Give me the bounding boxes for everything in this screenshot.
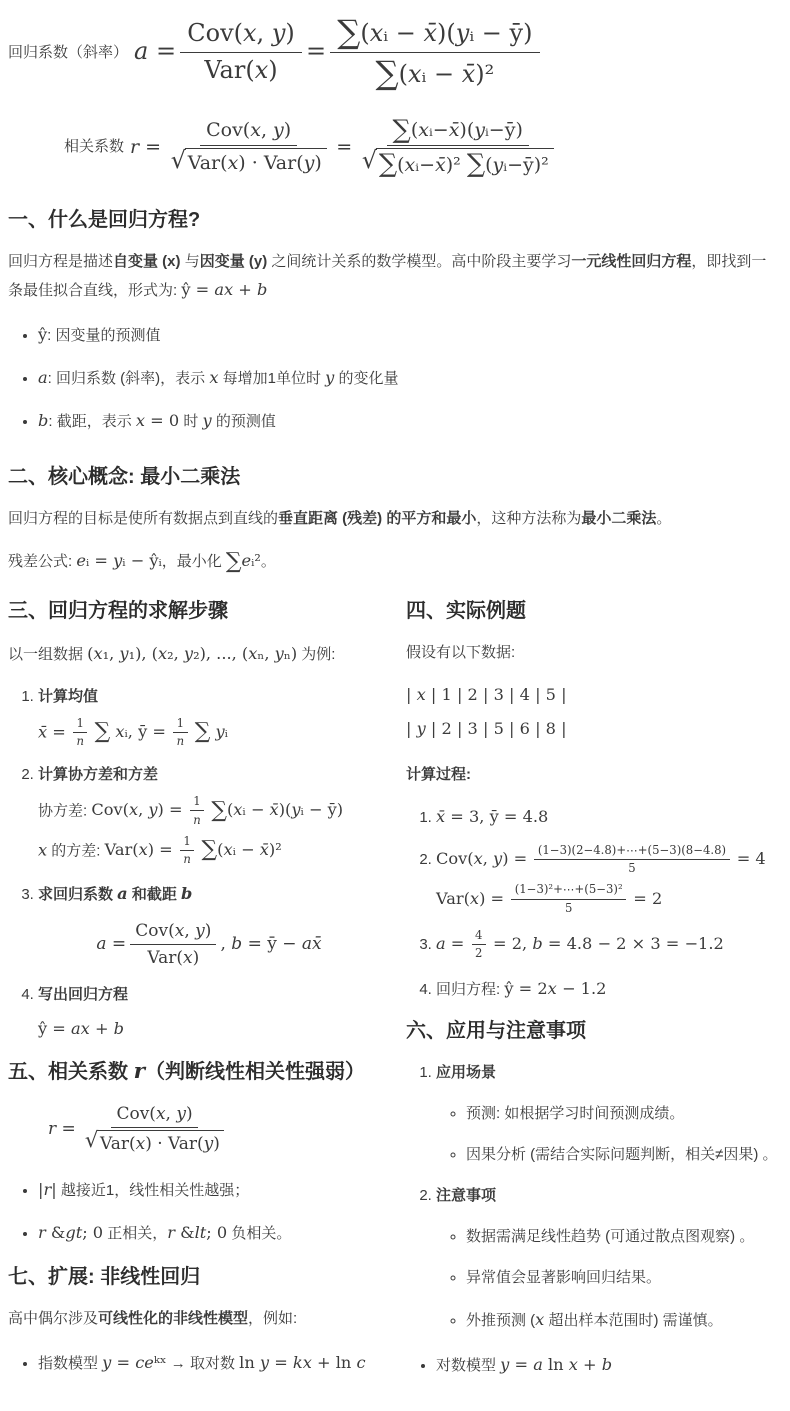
numerator: 4 [472,928,486,945]
text-run: 计算均值 [38,688,98,705]
math-text: Cov(x, y) [187,19,294,47]
math-text: Cov(x, y) [116,1104,192,1124]
fraction: 1n [190,794,204,828]
inline-math: ŷ = 2x − 1.2 [504,979,606,998]
fraction: ∑(xᵢ−x̄)(yᵢ−ȳ)√∑(xᵢ−x̄)² ∑(yᵢ−ȳ)² [356,116,559,177]
step-item: 求回归系数 a 和截距 b a = Cov(x, y)Var(x) , b = … [38,879,380,969]
section-heading: 七、扩展: 非线性回归 [8,1263,380,1291]
math-text: x [535,1310,544,1329]
bold-text: 垂直距离 (残差) 的平方和最小 [278,510,476,527]
text-run: 超出样本范围时) 需谨慎。 [544,1312,722,1329]
math-text: ∑(xᵢ − x̄)(yᵢ − ȳ) [337,19,532,47]
numerator: ∑(xᵢ − x̄)(yᵢ − ȳ) [330,14,540,53]
math-text: r &gt; 0 [38,1223,103,1242]
inline-math: a [38,368,48,387]
inline-math: r [134,1059,145,1084]
inline-math: ∑eᵢ² [226,551,261,570]
text-run: 五、相关系数 [8,1061,134,1083]
left-column: 三、回归方程的求解步骤 以一组数据 (x₁, y₁), (x₂, y₂), ..… [8,589,380,1393]
numerator: ∑(xᵢ−x̄)(yᵢ−ȳ) [387,116,529,146]
right-column: 四、实际例题 假设有以下数据: | x | 1 | 2 | 3 | 4 | 5 … [406,589,778,1395]
math-text: ∑ yᵢ [190,722,228,741]
fraction: Cov(x, y)Var(x) [180,18,302,86]
text-run: 之间统计关系的数学模型。高中阶段主要学习 [267,253,571,270]
numerator: 1 [190,794,204,811]
text-run: ，最小化 [162,553,226,570]
section-heading: 二、核心概念: 最小二乘法 [8,463,778,491]
sum-symbol: ∑ [202,837,218,862]
math-text: n [183,852,191,866]
text-run: 负相关。 [227,1225,291,1242]
math-text: ∑ xᵢ, ȳ = [89,722,171,741]
sum-symbol: ∑ [211,798,227,823]
bullet-list: 对数模型 y = a ln x + b [406,1350,778,1379]
sub-item: 因果分析 (需结合实际问题判断，相关≠因果) 。 [466,1141,778,1168]
math-text: n [193,813,201,827]
math-text: (x₁, y₁), (x₂, y₂), ..., (xₙ, yₙ) [87,644,297,663]
math-text: Var(x) = [436,889,509,908]
text-run: 为例: [297,646,335,663]
formula-label: 回归系数（斜率） [8,39,128,66]
text-run: 正相关， [103,1225,167,1242]
inline-math: b [38,411,48,430]
data-row-x: | x | 1 | 2 | 3 | 4 | 5 | [406,680,778,709]
bold-text: 自变量 (x) [113,253,181,270]
sub-item: 外推预测 (x 超出样本范围时) 需谨慎。 [466,1305,778,1334]
list-item: 对数模型 y = a ln x + b [436,1350,778,1379]
math-text: r = [130,130,161,164]
denominator: √Var(x) · Var(y) [165,146,332,176]
text-run: 求回归系数 [38,886,117,903]
math-text: x̄ = 3, ȳ = 4.8 [436,807,548,826]
step-item: x̄ = 3, ȳ = 4.8 [436,802,778,831]
math-text: y = ceᵏˣ [102,1353,166,1372]
paragraph: 回归方程是描述自变量 (x) 与因变量 (y) 之间统计关系的数学模型。高中阶段… [8,248,778,304]
math-text: ∑eᵢ² [226,551,261,570]
text-run: 与 [181,253,200,270]
math-text: Cov(x, y) = [91,800,187,819]
list-item: 指数模型 y = ceᵏˣ → 取对数 ln y = kx + ln c [38,1348,380,1377]
fraction: (1−3)(2−4.8)+⋯+(5−3)(8−4.8)5 [534,843,729,877]
list-item: r &gt; 0 正相关，r &lt; 0 负相关。 [38,1218,380,1247]
math-text: 5 [565,901,572,915]
math-line: Var(x) = (1−3)²+⋯+(5−3)²5 = 2 [436,882,778,916]
math-text: b [38,411,48,430]
math-text: Var(x) [147,948,199,968]
math-text: a = [436,934,470,953]
fraction: 1n [180,834,194,868]
square-root: √∑(xᵢ−x̄)² ∑(yᵢ−ȳ)² [362,148,554,178]
fraction: (1−3)²+⋯+(5−3)²5 [511,882,626,916]
math-text: ∑(xᵢ − x̄)² [375,60,494,88]
text-run: 应用场景 [436,1064,496,1081]
fraction: Cov(x, y)√Var(x) · Var(y) [165,118,332,175]
text-run: 时 [179,413,202,430]
text-run: ，这种方法称为 [476,510,581,527]
math-text: ∑(xᵢ−x̄)(yᵢ−ȳ) [393,119,523,141]
section-heading: 六、应用与注意事项 [406,1017,778,1045]
step-item: 回归方程: ŷ = 2x − 1.2 [436,974,778,1003]
math-text: Var(x) [204,56,277,84]
formula-label: 相关系数 [64,133,124,160]
section-what-is-regression: 一、什么是回归方程? 回归方程是描述自变量 (x) 与因变量 (y) 之间统计关… [8,206,778,436]
bullet-list: 指数模型 y = ceᵏˣ → 取对数 ln y = kx + ln c [8,1348,380,1377]
math-text: a [117,884,128,903]
text-run: 协方差: [38,802,91,819]
inline-math: y = a ln x + b [500,1355,612,1374]
text-run: 对数模型 [436,1357,500,1374]
numerator: 1 [73,716,87,733]
section-solution-steps: 三、回归方程的求解步骤 以一组数据 (x₁, y₁), (x₂, y₂), ..… [8,597,380,1043]
inline-math: (x₁, y₁), (x₂, y₂), ..., (xₙ, yₙ) [87,644,297,663]
text-run: : 截距，表示 [48,413,136,430]
section-heading: 四、实际例题 [406,597,778,625]
math-text: n [76,734,84,748]
item-title: 注意事项 [436,1187,496,1204]
math-text: = 4 [732,849,766,868]
text-run: 越接近1，线性相关性越强； [57,1182,250,1199]
text-run: 注意事项 [436,1187,496,1204]
math-text: 1 [183,834,190,848]
inline-math: r &gt; 0 [38,1223,103,1242]
inline-math: y = ceᵏˣ [102,1353,166,1372]
text-run: 以一组数据 [8,646,87,663]
sum-symbol: ∑ [195,719,211,744]
text-run: 预测: 如根据学习时间预测成绩。 [466,1105,684,1122]
display-math: r = Cov(x, y)√Var(x) · Var(y) [48,1103,231,1155]
numbered-steps: x̄ = 3, ȳ = 4.8 Cov(x, y) = (1−3)(2−4.8)… [406,802,778,1003]
list-item: ŷ: 因变量的预测值 [38,320,778,349]
inline-math: x [38,840,47,859]
text-run: 。 [656,510,671,527]
list-item: b: 截距，表示 x = 0 时 y 的预测值 [38,406,778,435]
fraction: 42 [472,928,486,962]
math-text: = 2, b = 4.8 − 2 × 3 = −1.2 [488,934,724,953]
paragraph: 以一组数据 (x₁, y₁), (x₂, y₂), ..., (xₙ, yₙ) … [8,639,380,668]
text-run: 异常值会显著影响回归结果。 [466,1269,661,1286]
paragraph: 假设有以下数据: [406,639,778,666]
formula-correlation-coefficient: 相关系数 r = Cov(x, y)√Var(x) · Var(y) = ∑(x… [64,116,778,177]
numerator: Cov(x, y) [130,920,216,945]
math-text: (1−3)²+⋯+(5−3)² [515,882,623,896]
text-run: 残差公式: [8,553,76,570]
bold-text: 一元线性回归方程 [571,253,691,270]
math-line: 协方差: Cov(x, y) = 1n ∑(xᵢ − x̄)(yᵢ − ȳ) [38,794,380,828]
text-run: ，例如: [248,1310,297,1327]
display-math: a = Cov(x, y)Var(x) = ∑(xᵢ − x̄)(yᵢ − ȳ)… [134,14,542,90]
section-heading: 五、相关系数 r（判断线性相关性强弱） [8,1057,380,1087]
section-heading: 一、什么是回归方程? [8,206,778,234]
radicand: Var(x) · Var(y) [185,148,327,176]
bullet-list: |r| 越接近1，线性相关性越强； r &gt; 0 正相关，r &lt; 0 … [8,1175,380,1247]
denominator: 2 [472,945,486,961]
denominator: n [180,851,194,867]
text-run: 和截距 [128,886,181,903]
text-run: 写出回归方程 [38,986,128,1003]
math-text: x [38,840,47,859]
two-column-layout: 三、回归方程的求解步骤 以一组数据 (x₁, y₁), (x₂, y₂), ..… [8,589,778,1395]
math-text: x̄ = [38,722,71,741]
math-text: Var(x) · Var(y) [100,1134,220,1154]
sub-list: 数据需满足线性趋势 (可通过散点图观察) 。 异常值会显著影响回归结果。 外推预… [436,1223,778,1334]
denominator: n [190,811,204,827]
inline-math: x̄ = 3, ȳ = 4.8 [436,807,548,826]
inline-math: x [535,1310,544,1329]
math-text: ŷ = ax + b [38,1019,124,1038]
sum-symbol: ∑ [337,13,360,51]
sum-symbol: ∑ [375,54,398,92]
fraction: ∑(xᵢ − x̄)(yᵢ − ȳ)∑(xᵢ − x̄)² [330,14,540,90]
denominator: √∑(xᵢ−x̄)² ∑(yᵢ−ȳ)² [356,146,559,178]
inline-math: x = 0 [136,411,179,430]
section-least-squares: 二、核心概念: 最小二乘法 回归方程的目标是使所有数据点到直线的垂直距离 (残差… [8,463,778,575]
section-applications-notes: 六、应用与注意事项 应用场景 预测: 如根据学习时间预测成绩。 因果分析 (需结… [406,1017,778,1334]
step-item: Cov(x, y) = (1−3)(2−4.8)+⋯+(5−3)(8−4.8)5… [436,843,778,916]
inline-math: y [203,411,212,430]
math-text: a = [134,30,176,73]
inline-math: ŷ [38,325,47,344]
inline-math: a [117,884,128,903]
text-run: 回归方程是描述 [8,253,113,270]
fraction: 1n [73,716,87,750]
inline-math: eᵢ = yᵢ − ŷᵢ [76,551,161,570]
denominator: ∑(xᵢ − x̄)² [368,53,501,91]
radicand: Var(x) · Var(y) [97,1130,224,1155]
inline-math: ln y = kx + ln c [239,1353,365,1372]
radicand: ∑(xᵢ−x̄)² ∑(yᵢ−ȳ)² [376,148,554,178]
inline-math: r &lt; 0 [167,1223,227,1242]
step-title: 计算协方差和方差 [38,766,158,783]
step-item: a = 42 = 2, b = 4.8 − 2 × 3 = −1.2 [436,928,778,962]
step-title: 求回归系数 a 和截距 b [38,886,192,903]
numerator: Cov(x, y) [200,118,296,146]
text-run: : 回归系数 (斜率)，表示 [48,370,210,387]
math-text: y = a ln x + b [500,1355,612,1374]
section-nonlinear-extension: 七、扩展: 非线性回归 高中偶尔涉及可线性化的非线性模型，例如: 指数模型 y … [8,1263,380,1377]
step-item: 计算协方差和方差 协方差: Cov(x, y) = 1n ∑(xᵢ − x̄)(… [38,761,380,867]
text-run: 计算协方差和方差 [38,766,158,783]
bold-text: 最小二乘法 [581,510,656,527]
text-run: → 取对数 [167,1355,240,1372]
math-text: r [134,1059,145,1084]
denominator: 5 [561,900,575,916]
inline-math: Var(x) = (1−3)²+⋯+(5−3)²5 = 2 [436,889,662,908]
math-text: b [181,884,192,903]
paragraph: 残差公式: eᵢ = yᵢ − ŷᵢ，最小化 ∑eᵢ²。 [8,546,778,575]
math-text: ŷ = ax + b [181,280,267,299]
math-text: ln y = kx + ln c [239,1353,365,1372]
denominator: n [173,733,187,749]
paragraph: 高中偶尔涉及可线性化的非线性模型，例如: [8,1305,380,1332]
math-line: x̄ = 1n ∑ xᵢ, ȳ = 1n ∑ yᵢ [38,716,380,750]
denominator: 5 [625,860,639,876]
sum-symbol: ∑ [379,149,397,179]
inline-math: b [181,884,192,903]
math-text: , b = ȳ − ax̄ [220,929,321,960]
sub-item: 预测: 如根据学习时间预测成绩。 [466,1100,778,1127]
math-text: r = [48,1114,76,1145]
numerator: (1−3)²+⋯+(5−3)² [511,882,626,899]
math-text: y [325,368,334,387]
list-item: 应用场景 预测: 如根据学习时间预测成绩。 因果分析 (需结合实际问题判断，相关… [436,1059,778,1168]
numbered-steps: 计算均值 x̄ = 1n ∑ xᵢ, ȳ = 1n ∑ yᵢ 计算协方差和方差 … [8,683,380,1044]
item-title: 应用场景 [436,1064,496,1081]
text-run: 指数模型 [38,1355,102,1372]
sub-item: 异常值会显著影响回归结果。 [466,1264,778,1291]
radical-symbol: √ [85,1130,99,1152]
math-text: 5 [628,861,635,875]
list-item: |r| 越接近1，线性相关性越强； [38,1175,380,1204]
fraction: Cov(x, y)Var(x) [130,920,216,969]
numerator: (1−3)(2−4.8)+⋯+(5−3)(8−4.8) [534,843,729,860]
step-item: 写出回归方程 ŷ = ax + b [38,981,380,1043]
step-title: 写出回归方程 [38,986,128,1003]
math-text: Cov(x, y) [206,119,291,141]
math-text: Cov(x, y) [135,921,211,941]
inline-math: Cov(x, y) = 1n ∑(xᵢ − x̄)(yᵢ − ȳ) [91,800,343,819]
calc-process-label: 计算过程: [406,761,778,788]
math-text: 1 [177,716,184,730]
section-heading: 三、回归方程的求解步骤 [8,597,380,625]
math-text: 1 [77,716,84,730]
inline-math: a = 42 = 2, b = 4.8 − 2 × 3 = −1.2 [436,934,724,953]
sum-symbol: ∑ [95,719,111,744]
denominator: √Var(x) · Var(y) [80,1128,229,1155]
display-math-block: a = Cov(x, y)Var(x) , b = ȳ − ax̄ [38,920,380,969]
radical-symbol: √ [171,148,186,173]
sum-symbol: ∑ [393,115,411,145]
sub-item: 数据需满足线性趋势 (可通过散点图观察) 。 [466,1223,778,1250]
list-item: a: 回归系数 (斜率)，表示 x 每增加1单位时 y 的变化量 [38,363,778,392]
math-text: = [336,130,352,164]
math-text: 2 [475,946,482,960]
denominator: n [73,733,87,749]
step-item: 计算均值 x̄ = 1n ∑ xᵢ, ȳ = 1n ∑ yᵢ [38,683,380,750]
fraction: Cov(x, y)√Var(x) · Var(y) [80,1103,229,1155]
math-text: y [203,411,212,430]
bold-text: 因变量 (y) [200,253,268,270]
text-run: 回归方程的目标是使所有数据点到直线的 [8,510,278,527]
math-text: r &lt; 0 [167,1223,227,1242]
numerator: 1 [180,834,194,851]
step-title: 计算均值 [38,688,98,705]
sum-symbol: ∑ [226,549,242,574]
text-run: 高中偶尔涉及 [8,1310,98,1327]
denominator: Var(x) [197,53,285,87]
fraction: 1n [173,716,187,750]
text-run: : 因变量的预测值 [47,327,160,344]
math-text: a [38,368,48,387]
text-run: 因果分析 (需结合实际问题判断，相关≠因果) 。 [466,1146,778,1163]
math-line: x 的方差: Var(x) = 1n ∑(xᵢ − x̄)² [38,834,380,868]
math-text: ∑(xᵢ − x̄)(yᵢ − ȳ) [206,800,343,819]
display-math: r = Cov(x, y)√Var(x) · Var(y) = ∑(xᵢ−x̄)… [130,116,561,177]
math-text: x = 0 [136,411,179,430]
radical-symbol: √ [362,148,377,173]
text-run: 每增加1单位时 [218,370,325,387]
inline-math: |r| [38,1180,57,1199]
sum-symbol: ∑ [467,149,485,179]
math-text: a = [96,929,126,960]
inline-math: y [325,368,334,387]
math-text: = 2 [628,889,662,908]
section-worked-example: 四、实际例题 假设有以下数据: | x | 1 | 2 | 3 | 4 | 5 … [406,597,778,1002]
math-line: ŷ = ax + b [38,1014,380,1043]
paragraph: 回归方程的目标是使所有数据点到直线的垂直距离 (残差) 的平方和最小，这种方法称… [8,505,778,532]
section-correlation-coefficient: 五、相关系数 r（判断线性相关性强弱） r = Cov(x, y)√Var(x)… [8,1057,380,1247]
text-run: 的变化量 [334,370,398,387]
math-text: Var(x) = [105,840,178,859]
math-text: eᵢ = yᵢ − ŷᵢ [76,551,161,570]
document-page: 回归系数（斜率） a = Cov(x, y)Var(x) = ∑(xᵢ − x̄… [0,0,790,1411]
math-text: 4 [475,928,482,942]
formula-regression-coefficient: 回归系数（斜率） a = Cov(x, y)Var(x) = ∑(xᵢ − x̄… [8,14,778,90]
bullet-list: ŷ: 因变量的预测值 a: 回归系数 (斜率)，表示 x 每增加1单位时 y 的… [8,320,778,435]
inline-math: Var(x) = 1n ∑(xᵢ − x̄)² [105,840,282,859]
math-text: ŷ [38,325,47,344]
numerator: Cov(x, y) [180,18,302,53]
bold-text: 可线性化的非线性模型 [98,1310,248,1327]
text-run: （判断线性相关性强弱） [145,1061,365,1083]
math-text: = [306,30,326,73]
inline-math: Cov(x, y) = (1−3)(2−4.8)+⋯+(5−3)(8−4.8)5… [436,849,766,868]
square-root: √Var(x) · Var(y) [171,148,327,176]
display-math-block: r = Cov(x, y)√Var(x) · Var(y) [48,1103,380,1155]
sub-list: 预测: 如根据学习时间预测成绩。 因果分析 (需结合实际问题判断，相关≠因果) … [436,1100,778,1168]
math-text: ∑(xᵢ − x̄)² [196,840,281,859]
math-text: | y | 2 | 3 | 5 | 6 | 8 | [406,719,567,738]
math-text: 1 [193,794,200,808]
text-run: 外推预测 ( [466,1312,535,1329]
numbered-list: 应用场景 预测: 如根据学习时间预测成绩。 因果分析 (需结合实际问题判断，相关… [406,1059,778,1334]
math-text: ∑(xᵢ−x̄)² ∑(yᵢ−ȳ)² [379,154,549,176]
text-run: 的预测值 [212,413,276,430]
list-item: 注意事项 数据需满足线性趋势 (可通过散点图观察) 。 异常值会显著影响回归结果… [436,1182,778,1334]
numerator: 1 [173,716,187,733]
math-text: ŷ = 2x − 1.2 [504,979,606,998]
text-run: 数据需满足线性趋势 (可通过散点图观察) 。 [466,1228,754,1245]
math-text: |r| [38,1180,57,1199]
numerator: Cov(x, y) [111,1103,197,1128]
denominator: Var(x) [142,945,204,969]
text-run: 的方差: [47,842,105,859]
text-run: 。 [261,553,276,570]
math-text: n [177,734,185,748]
math-text: Cov(x, y) = [436,849,532,868]
data-row-y: | y | 2 | 3 | 5 | 6 | 8 | [406,714,778,743]
text-run: 回归方程: [436,981,504,998]
square-root: √Var(x) · Var(y) [85,1130,224,1155]
math-text: (1−3)(2−4.8)+⋯+(5−3)(8−4.8) [538,843,726,857]
inline-math: ŷ = ax + b [181,280,267,299]
math-text: | x | 1 | 2 | 3 | 4 | 5 | [406,685,567,704]
math-text: Var(x) · Var(y) [188,152,322,174]
math-line: Cov(x, y) = (1−3)(2−4.8)+⋯+(5−3)(8−4.8)5… [436,843,778,877]
display-math: a = Cov(x, y)Var(x) , b = ȳ − ax̄ [96,920,321,969]
